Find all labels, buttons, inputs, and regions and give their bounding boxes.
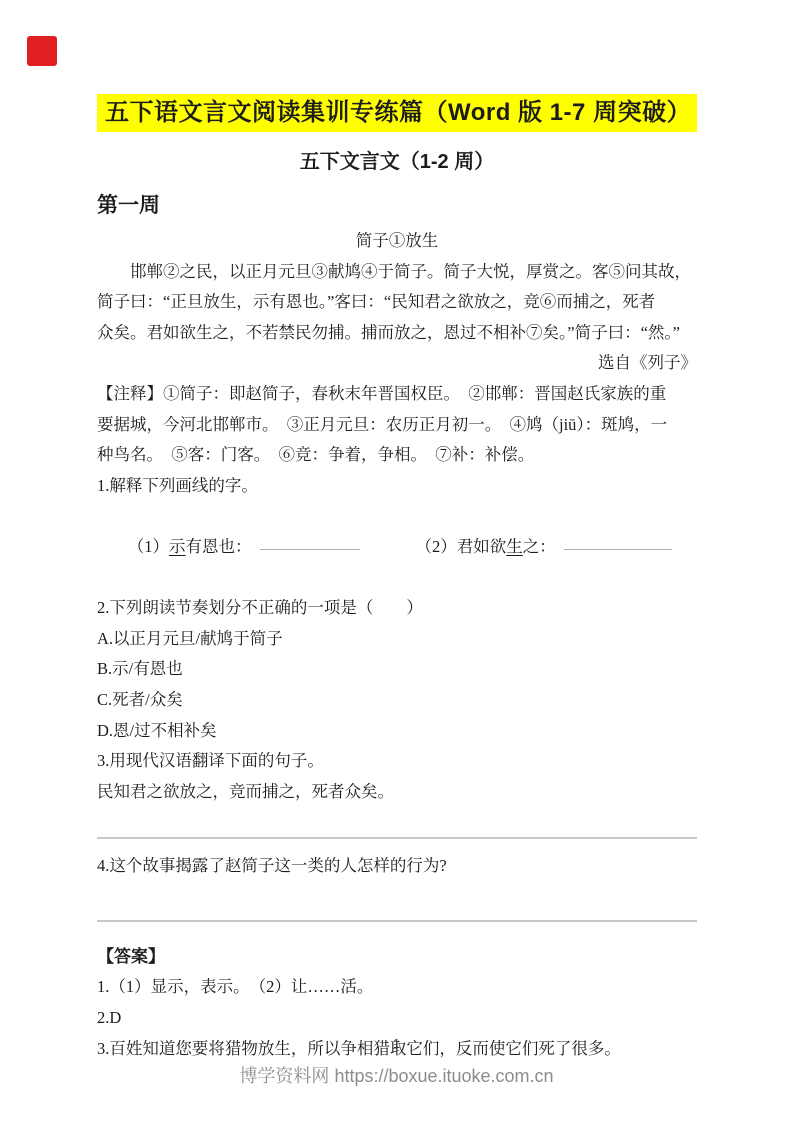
passage-title: 简子①放生	[97, 226, 697, 257]
document-title: 五下语文言文阅读集训专练篇（Word 版 1-7 周突破）	[97, 94, 697, 132]
page-number: 1	[0, 1036, 793, 1051]
underlined-char: 生	[506, 537, 523, 556]
answer-blank-2[interactable]	[564, 548, 672, 550]
red-square-marker	[27, 36, 57, 66]
question-4-stem: 4.这个故事揭露了赵简子这一类的人怎样的行为?	[97, 851, 697, 882]
passage-source: 选自《列子》	[97, 348, 697, 379]
notes-line: 种鸟名。 ⑤客：门客。 ⑥竞：争着，争相。 ⑦补：补偿。	[97, 440, 697, 471]
q1-item-1: （1）示有恩也：	[128, 537, 252, 556]
answer-item-2: 2.D	[97, 1003, 697, 1034]
question-2-option-a: A.以正月元旦/献鸠于简子	[97, 624, 697, 655]
answer-blank-1[interactable]	[260, 548, 360, 550]
question-1-items: （1）示有恩也：（2）君如欲生之：	[97, 501, 697, 593]
question-2-option-d: D.恩/过不相补矣	[97, 716, 697, 747]
document-content: 五下语文言文阅读集训专练篇（Word 版 1-7 周突破） 五下文言文（1-2 …	[0, 0, 793, 1064]
question-3-stem: 3.用现代汉语翻译下面的句子。	[97, 746, 697, 777]
underlined-char: 示	[169, 537, 186, 556]
question-1-stem: 1.解释下列画线的字。	[97, 471, 697, 502]
answers-heading: 【答案】	[97, 942, 697, 973]
passage-line: 众矣。君如欲生之，不若禁民勿捕。捕而放之，恩过不相补⑦矣。”简子曰：“然。”	[97, 318, 697, 349]
footer-site-link[interactable]: 博学资料网 https://boxue.ituoke.com.cn	[0, 1062, 793, 1088]
passage-line: 邯郸②之民，以正月元旦③献鸠④于简子。简子大悦，厚赏之。客⑤问其故，	[97, 257, 697, 288]
question-2-option-c: C.死者/众矣	[97, 685, 697, 716]
answer-item-1: 1.（1）显示，表示。 （2）让……活。	[97, 972, 697, 1003]
notes-line: 要据城，今河北邯郸市。 ③正月元旦：农历正月初一。 ④鸠（jiū）：斑鸠，一	[97, 410, 697, 441]
document-page: 五下语文言文阅读集训专练篇（Word 版 1-7 周突破） 五下文言文（1-2 …	[0, 0, 793, 1122]
answer-rule-line	[97, 837, 697, 839]
notes-line: 【注释】①简子：即赵简子，春秋末年晋国权臣。 ②邯郸：晋国赵氏家族的重	[97, 379, 697, 410]
document-subtitle: 五下文言文（1-2 周）	[97, 148, 697, 176]
question-2-option-b: B.示/有恩也	[97, 654, 697, 685]
question-3-sentence: 民知君之欲放之，竞而捕之，死者众矣。	[97, 777, 697, 808]
title-row: 五下语文言文阅读集训专练篇（Word 版 1-7 周突破）	[97, 94, 697, 132]
week-heading: 第一周	[97, 192, 697, 220]
q1-item-2: （2）君如欲生之：	[416, 537, 556, 556]
answer-rule-line	[97, 920, 697, 922]
question-2-stem: 2.下列朗读节奏划分不正确的一项是（ ）	[97, 593, 697, 624]
passage-line: 简子曰：“正旦放生，示有恩也。”客曰：“民知君之欲放之，竞⑥而捕之，死者	[97, 287, 697, 318]
